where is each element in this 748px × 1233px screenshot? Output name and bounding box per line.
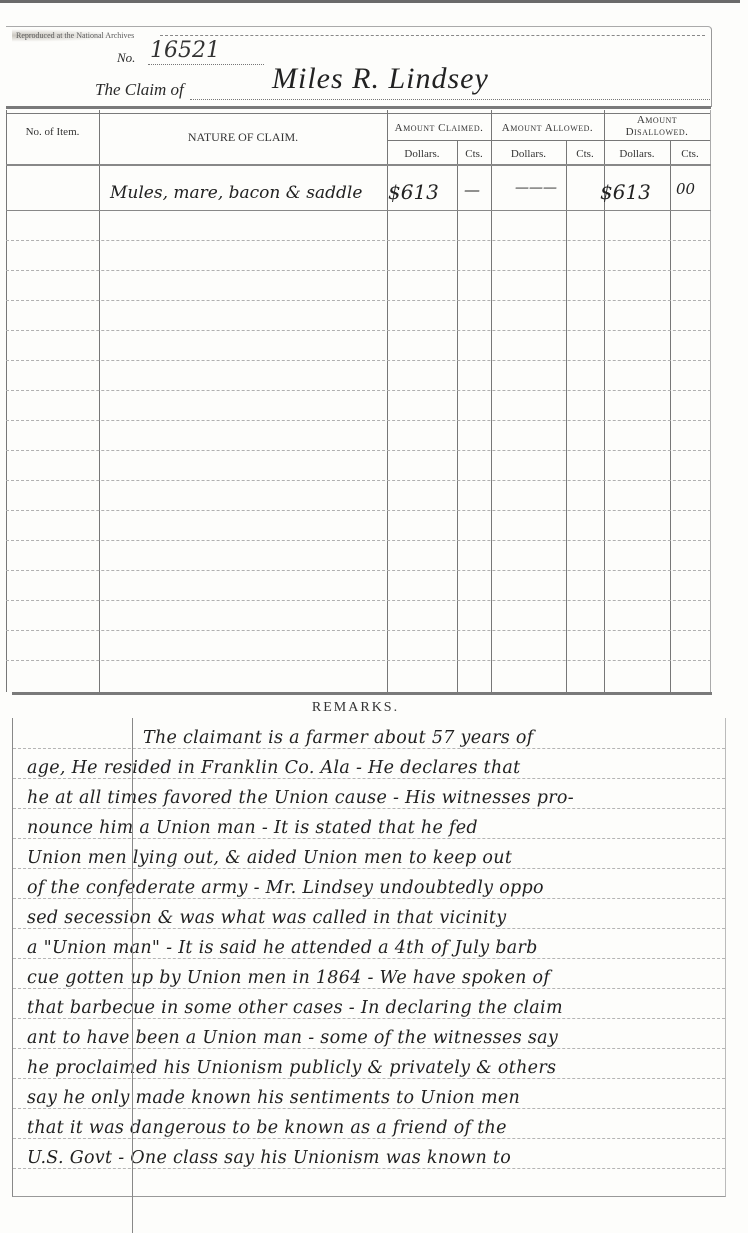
claim-number-underline bbox=[148, 64, 264, 65]
claimed-dollars-cell: $613 bbox=[388, 180, 439, 204]
margin-rule bbox=[132, 718, 133, 1233]
disallowed-cents-cell: 00 bbox=[676, 180, 695, 198]
claimant-underline bbox=[190, 99, 710, 100]
header-amount-disallowed: Amount Disallowed. bbox=[604, 114, 710, 138]
header-disallowed-cents: Cts. bbox=[670, 148, 710, 160]
header-claimed-dollars: Dollars. bbox=[387, 148, 457, 160]
claimant-name: Miles R. Lindsey bbox=[272, 62, 489, 96]
header-claimed-cents: Cts. bbox=[457, 148, 491, 160]
claim-number-label: No. bbox=[117, 50, 135, 66]
remarks-divider bbox=[12, 692, 712, 695]
header-amount-claimed: Amount Claimed. bbox=[387, 122, 491, 134]
header-disallowed-dollars: Dollars. bbox=[604, 148, 670, 160]
nature-of-claim-cell: Mules, mare, bacon & saddle bbox=[110, 183, 362, 203]
claim-number: 16521 bbox=[150, 38, 220, 63]
header-item-number: No. of Item. bbox=[6, 126, 99, 138]
header-amount-allowed: Amount Allowed. bbox=[491, 122, 604, 134]
allowed-dollars-cell: ——— bbox=[515, 180, 557, 196]
claimed-cents-cell: — bbox=[464, 180, 480, 199]
disallowed-dollars-cell: $613 bbox=[600, 180, 651, 204]
remarks-title: REMARKS. bbox=[0, 700, 711, 716]
header-nature-of-claim: NATURE OF CLAIM. bbox=[99, 130, 387, 145]
remarks-section: The claimant is a farmer about 57 years … bbox=[12, 718, 726, 1197]
header-divider bbox=[6, 106, 711, 109]
header-allowed-cents: Cts. bbox=[566, 148, 604, 160]
claim-of-label: The Claim of bbox=[95, 80, 184, 100]
page-top-edge bbox=[0, 0, 740, 3]
remark-line: The claimant is a farmer about 57 years … bbox=[143, 728, 723, 748]
header-allowed-dollars: Dollars. bbox=[491, 148, 566, 160]
